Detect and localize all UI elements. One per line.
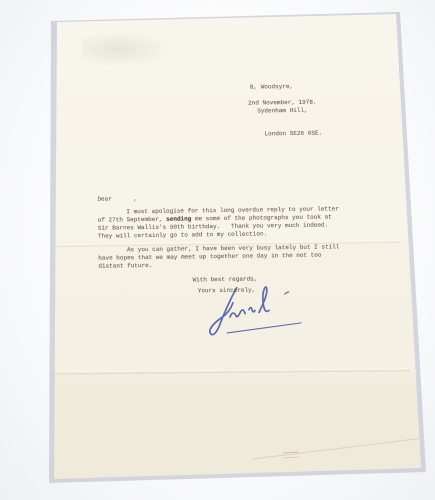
address-line: 8, Woodsyre, bbox=[250, 82, 322, 91]
letter-date: 2nd November, 1978. bbox=[248, 99, 317, 108]
address-line: London SE26 6SE. bbox=[250, 130, 322, 139]
handwritten-signature-icon bbox=[197, 282, 328, 342]
body-paragraph-1: I must apologise for this long overdue r… bbox=[98, 205, 340, 240]
address-line: Sydenham Hill, bbox=[250, 106, 322, 115]
body-paragraph-2: As you can gather, I have been very busy… bbox=[98, 243, 340, 270]
letter-content: 8, Woodsyre, Sydenham Hill, London SE26 … bbox=[0, 0, 435, 500]
photo-backdrop: 8, Woodsyre, Sydenham Hill, London SE26 … bbox=[0, 0, 435, 500]
sender-address: 8, Woodsyre, Sydenham Hill, London SE26 … bbox=[250, 67, 323, 155]
letter-paper: 8, Woodsyre, Sydenham Hill, London SE26 … bbox=[0, 0, 435, 500]
salutation: Dear , bbox=[97, 195, 137, 203]
overtyped-word: sending bbox=[166, 215, 191, 222]
